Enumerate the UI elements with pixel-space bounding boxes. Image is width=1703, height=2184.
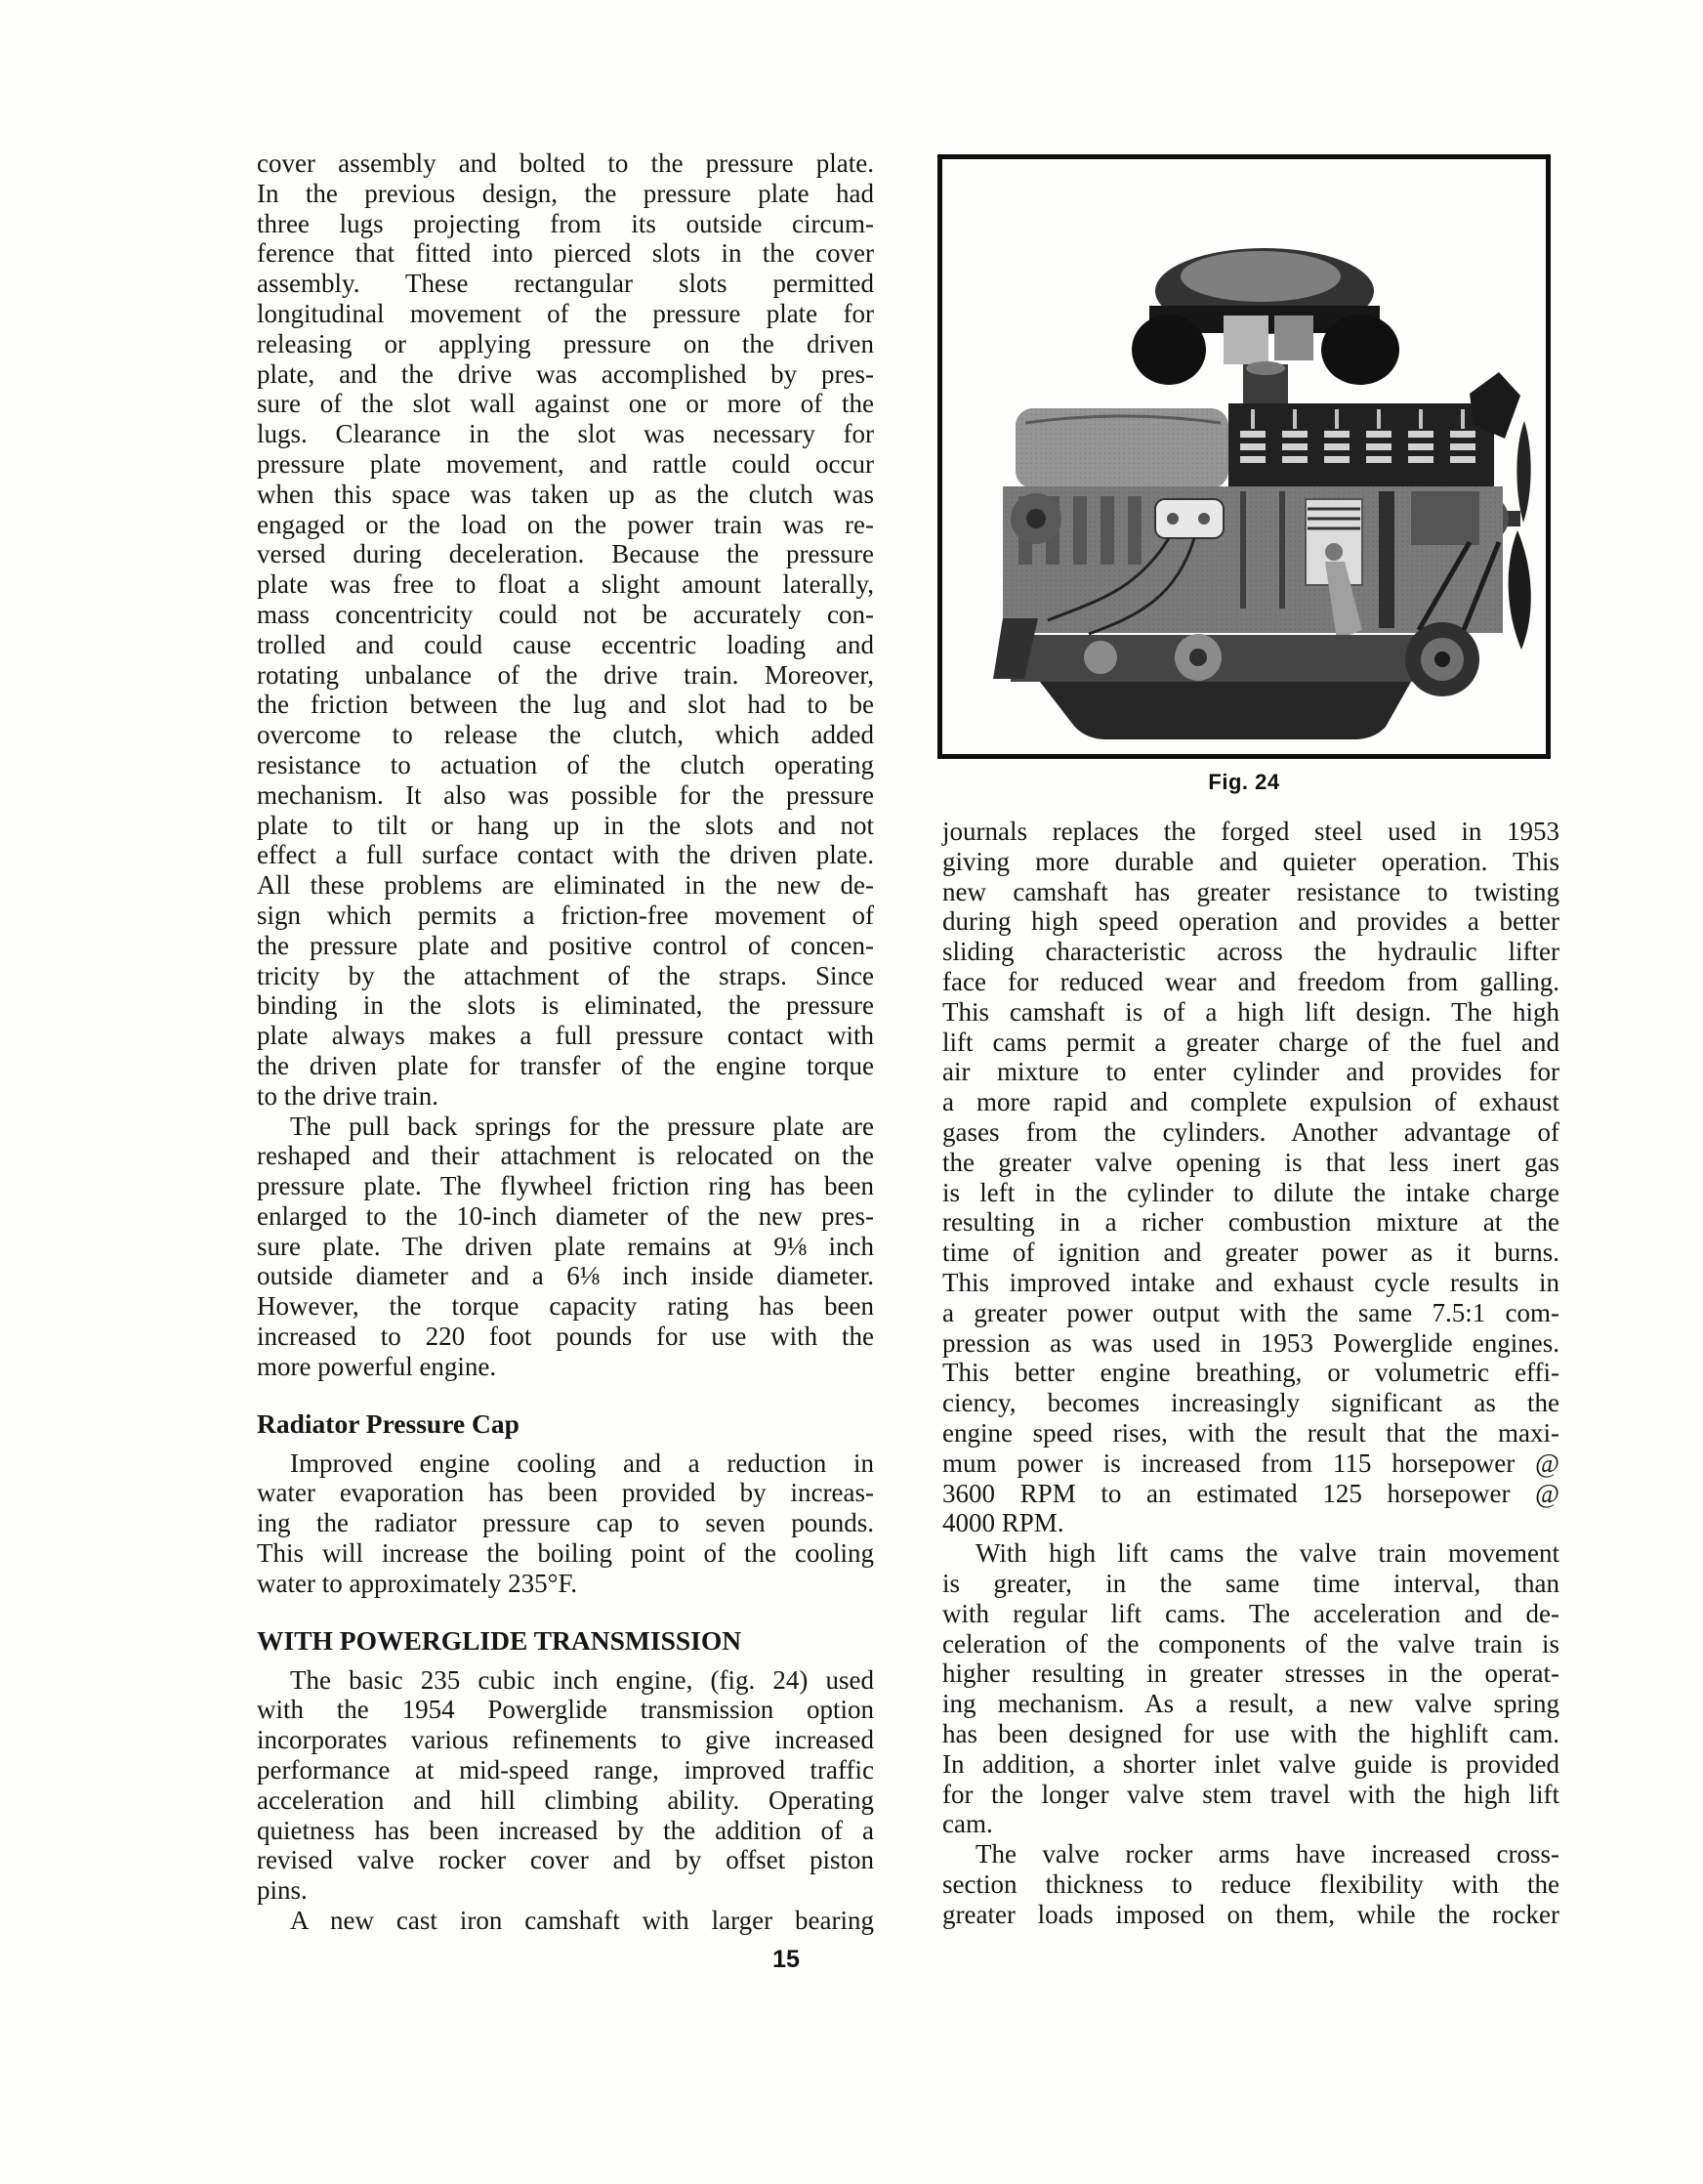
manual-page: cover assembly and bolted to the pressur… bbox=[0, 0, 1703, 2184]
engine-cutaway-image bbox=[942, 159, 1546, 754]
crankcase bbox=[1011, 634, 1440, 682]
paragraph-pull-back-springs: The pull back springs for the pressure p… bbox=[257, 1112, 874, 1382]
paragraph-powerglide: The basic 235 cubic inch engine, (fig. 2… bbox=[257, 1665, 874, 1906]
left-column: cover assembly and bolted to the pressur… bbox=[257, 148, 874, 1936]
paragraph-camshaft-start: A new cast iron camshaft with larger bea… bbox=[257, 1906, 874, 1936]
fan-blade-upper bbox=[1516, 421, 1530, 523]
right-column: journals replaces the forged steel used … bbox=[942, 817, 1559, 1929]
page-number: 15 bbox=[752, 1946, 820, 1974]
heading-radiator-pressure-cap: Radiator Pressure Cap bbox=[257, 1408, 874, 1439]
paragraph-camshaft: journals replaces the forged steel used … bbox=[942, 817, 1559, 1538]
fan-blade-lower bbox=[1509, 530, 1531, 650]
paragraph-radiator: Improved engine cooling and a reduction … bbox=[257, 1449, 874, 1599]
figure-24 bbox=[937, 154, 1551, 759]
heading-with-powerglide-transmission: WITH POWERGLIDE TRANSMISSION bbox=[257, 1625, 874, 1656]
carburetor bbox=[1243, 361, 1288, 405]
oil-pan bbox=[1040, 682, 1411, 739]
paragraph-high-lift-cams: With high lift cams the valve train move… bbox=[942, 1538, 1559, 1839]
figure-caption: Fig. 24 bbox=[937, 770, 1551, 795]
valve-cover bbox=[1016, 408, 1228, 488]
paragraph-rocker-arms: The valve rocker arms have increased cro… bbox=[942, 1839, 1559, 1929]
paragraph-clutch-cover: cover assembly and bolted to the pressur… bbox=[257, 148, 874, 1112]
